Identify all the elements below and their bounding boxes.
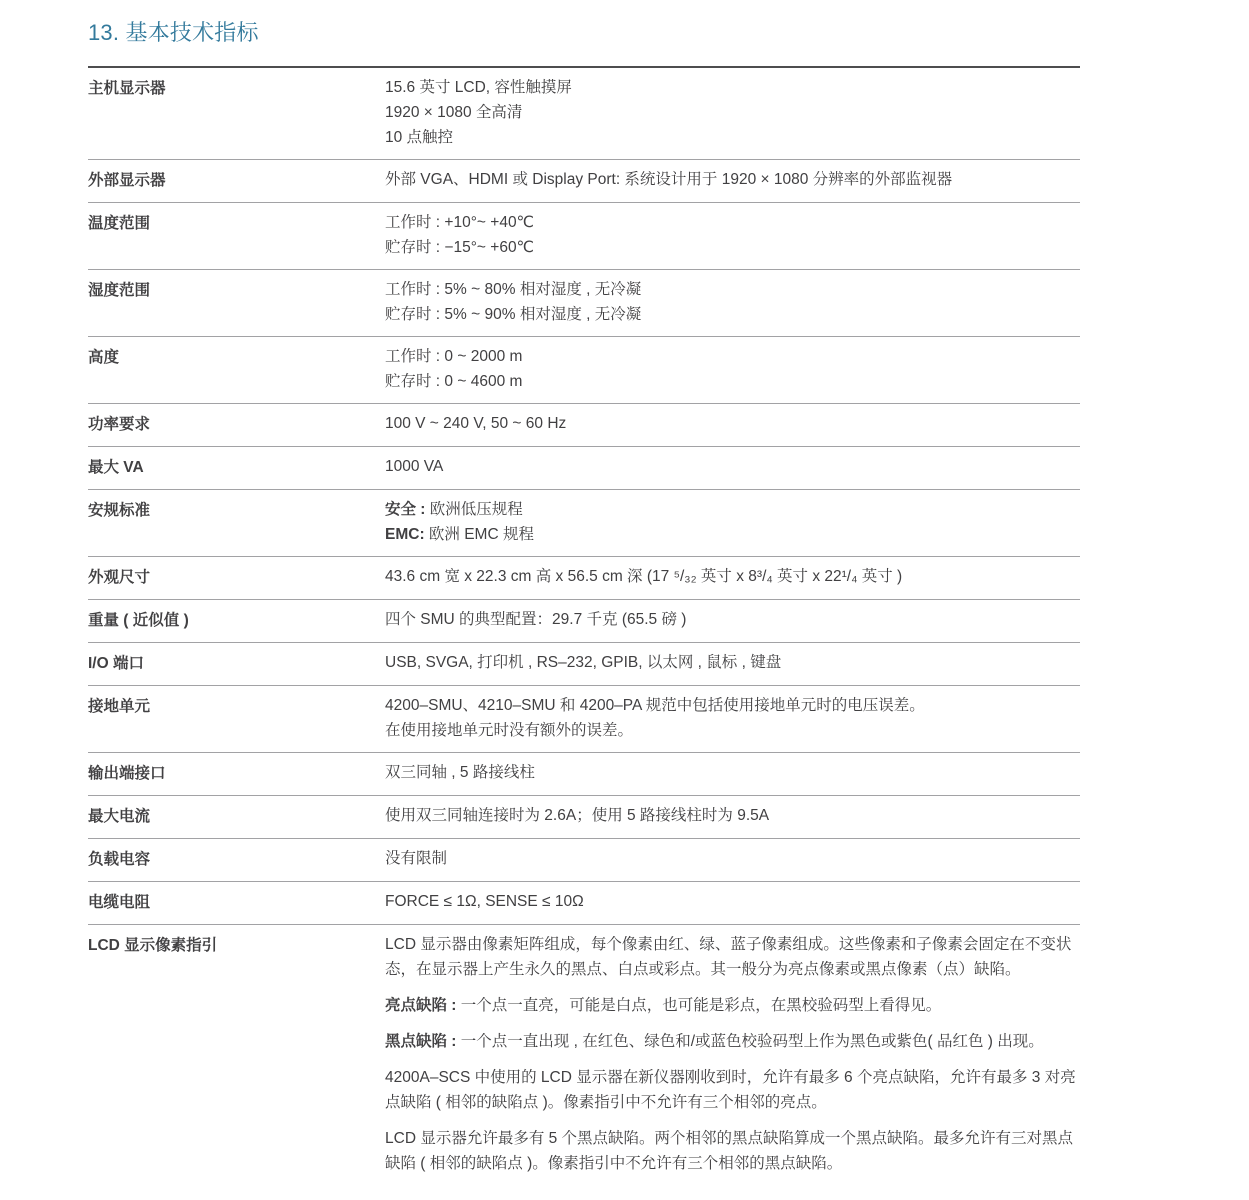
spec-value-text: 4200–SMU、4210–SMU 和 4200–PA 规范中包括使用接地单元时… [385, 697, 925, 714]
spec-value-line: 没有限制 [385, 846, 1080, 871]
spec-row-label: 输出端接口 [88, 760, 385, 786]
spec-row-label: I/O 端口 [88, 650, 385, 676]
spec-value-text: 100 V ~ 240 V, 50 ~ 60 Hz [385, 415, 566, 432]
spec-value-line: 工作时 : 0 ~ 2000 m [385, 344, 1080, 369]
spec-row-value: 使用双三同轴连接时为 2.6A；使用 5 路接线柱时为 9.5A [385, 803, 1080, 829]
spec-value-line: 贮存时 : −15°~ +60℃ [385, 235, 1080, 260]
spec-row-label: 主机显示器 [88, 75, 385, 150]
spec-table: 主机显示器 15.6 英寸 LCD, 容性触摸屏1920 × 1080 全高清1… [88, 66, 1080, 1185]
spec-row-value: LCD 显示器由像素矩阵组成，每个像素由红、绿、蓝子像素组成。这些像素和子像素会… [385, 932, 1080, 1176]
spec-row-value: USB, SVGA, 打印机 , RS–232, GPIB, 以太网 , 鼠标 … [385, 650, 1080, 676]
spec-value-text: 外部 VGA、HDMI 或 Display Port: 系统设计用于 1920 … [385, 171, 952, 188]
spec-value-text: 贮存时 : 5% ~ 90% 相对湿度 , 无冷凝 [385, 306, 641, 323]
spec-value-line: 10 点触控 [385, 125, 1080, 150]
spec-value-text: 4200A–SCS 中使用的 LCD 显示器在新仪器刚收到时，允许有最多 6 个… [385, 1069, 1076, 1111]
spec-value-line: 100 V ~ 240 V, 50 ~ 60 Hz [385, 411, 1080, 436]
spec-row-value: 43.6 cm 宽 x 22.3 cm 高 x 56.5 cm 深 (17 ⁵/… [385, 564, 1080, 590]
spec-value-line: 安全 : 欧洲低压规程 [385, 497, 1080, 522]
spec-row-value: 工作时 : 0 ~ 2000 m贮存时 : 0 ~ 4600 m [385, 344, 1080, 394]
spec-row: 最大电流 使用双三同轴连接时为 2.6A；使用 5 路接线柱时为 9.5A [88, 796, 1080, 839]
spec-value-line: 4200A–SCS 中使用的 LCD 显示器在新仪器刚收到时，允许有最多 6 个… [385, 1065, 1080, 1115]
spec-value-text: 双三同轴 , 5 路接线柱 [385, 764, 535, 781]
spec-row-value: FORCE ≤ 1Ω, SENSE ≤ 10Ω [385, 889, 1080, 915]
spec-value-line: 外部 VGA、HDMI 或 Display Port: 系统设计用于 1920 … [385, 167, 1080, 192]
spec-value-text: 1920 × 1080 全高清 [385, 104, 522, 121]
spec-value-line: 贮存时 : 5% ~ 90% 相对湿度 , 无冷凝 [385, 302, 1080, 327]
spec-row-label: 湿度范围 [88, 277, 385, 327]
spec-row: 电缆电阻 FORCE ≤ 1Ω, SENSE ≤ 10Ω [88, 882, 1080, 925]
spec-value-text: USB, SVGA, 打印机 , RS–232, GPIB, 以太网 , 鼠标 … [385, 654, 781, 671]
spec-row: 功率要求 100 V ~ 240 V, 50 ~ 60 Hz [88, 404, 1080, 447]
spec-value-text: 一个点一直亮，可能是白点，也可能是彩点，在黑校验码型上看得见。 [456, 997, 941, 1014]
spec-row: 温度范围 工作时 : +10°~ +40℃贮存时 : −15°~ +60℃ [88, 203, 1080, 270]
spec-value-line: LCD 显示器由像素矩阵组成，每个像素由红、绿、蓝子像素组成。这些像素和子像素会… [385, 932, 1080, 982]
spec-value-line: 15.6 英寸 LCD, 容性触摸屏 [385, 75, 1080, 100]
spec-row-label: 外观尺寸 [88, 564, 385, 590]
spec-row-value: 安全 : 欧洲低压规程EMC: 欧洲 EMC 规程 [385, 497, 1080, 547]
spec-row-value: 1000 VA [385, 454, 1080, 480]
spec-value-line: 黑点缺陷 : 一个点一直出现 , 在红色、绿色和/或蓝色校验码型上作为黑色或紫色… [385, 1029, 1080, 1054]
spec-value-line: USB, SVGA, 打印机 , RS–232, GPIB, 以太网 , 鼠标 … [385, 650, 1080, 675]
spec-row-value: 4200–SMU、4210–SMU 和 4200–PA 规范中包括使用接地单元时… [385, 693, 1080, 743]
spec-value-line: 4200–SMU、4210–SMU 和 4200–PA 规范中包括使用接地单元时… [385, 693, 1080, 718]
spec-value-text: 一个点一直出现 , 在红色、绿色和/或蓝色校验码型上作为黑色或紫色( 品红色 )… [456, 1033, 1043, 1050]
spec-row: 外观尺寸 43.6 cm 宽 x 22.3 cm 高 x 56.5 cm 深 (… [88, 557, 1080, 600]
spec-row: 安规标准 安全 : 欧洲低压规程EMC: 欧洲 EMC 规程 [88, 490, 1080, 557]
spec-value-line: 双三同轴 , 5 路接线柱 [385, 760, 1080, 785]
spec-value-line: 四个 SMU 的典型配置：29.7 千克 (65.5 磅 ) [385, 607, 1080, 632]
spec-value-text: 工作时 : +10°~ +40℃ [385, 214, 534, 231]
spec-row-value: 工作时 : 5% ~ 80% 相对湿度 , 无冷凝贮存时 : 5% ~ 90% … [385, 277, 1080, 327]
spec-row: 接地单元 4200–SMU、4210–SMU 和 4200–PA 规范中包括使用… [88, 686, 1080, 753]
spec-value-line: 1920 × 1080 全高清 [385, 100, 1080, 125]
spec-value-text: 贮存时 : 0 ~ 4600 m [385, 373, 522, 390]
spec-row-value: 15.6 英寸 LCD, 容性触摸屏1920 × 1080 全高清10 点触控 [385, 75, 1080, 150]
spec-row: 最大 VA 1000 VA [88, 447, 1080, 490]
spec-row-label: 最大 VA [88, 454, 385, 480]
spec-row: LCD 显示像素指引 LCD 显示器由像素矩阵组成，每个像素由红、绿、蓝子像素组… [88, 925, 1080, 1185]
spec-value-text: 在使用接地单元时没有额外的误差。 [385, 722, 633, 739]
spec-row-label: 接地单元 [88, 693, 385, 743]
spec-row-value: 外部 VGA、HDMI 或 Display Port: 系统设计用于 1920 … [385, 167, 1080, 193]
spec-value-text: FORCE ≤ 1Ω, SENSE ≤ 10Ω [385, 893, 584, 910]
spec-row-label: 高度 [88, 344, 385, 394]
spec-row: 输出端接口 双三同轴 , 5 路接线柱 [88, 753, 1080, 796]
spec-value-text: 欧洲低压规程 [425, 501, 522, 518]
spec-value-line: EMC: 欧洲 EMC 规程 [385, 522, 1080, 547]
spec-row-label: 功率要求 [88, 411, 385, 437]
spec-value-line: 工作时 : 5% ~ 80% 相对湿度 , 无冷凝 [385, 277, 1080, 302]
spec-value-lead: 黑点缺陷 : [385, 1033, 456, 1050]
spec-value-text: 10 点触控 [385, 129, 453, 146]
spec-value-text: 15.6 英寸 LCD, 容性触摸屏 [385, 79, 572, 96]
spec-row-label: 电缆电阻 [88, 889, 385, 915]
spec-value-text: 四个 SMU 的典型配置：29.7 千克 (65.5 磅 ) [385, 611, 686, 628]
spec-value-text: 欧洲 EMC 规程 [425, 526, 534, 543]
spec-row: 湿度范围 工作时 : 5% ~ 80% 相对湿度 , 无冷凝贮存时 : 5% ~… [88, 270, 1080, 337]
spec-row: 外部显示器 外部 VGA、HDMI 或 Display Port: 系统设计用于… [88, 160, 1080, 203]
spec-row-label: 重量 ( 近似值 ) [88, 607, 385, 633]
spec-value-line: 使用双三同轴连接时为 2.6A；使用 5 路接线柱时为 9.5A [385, 803, 1080, 828]
spec-value-text: 贮存时 : −15°~ +60℃ [385, 239, 534, 256]
page-content: 13. 基本技术指标 主机显示器 15.6 英寸 LCD, 容性触摸屏1920 … [88, 0, 1080, 1185]
spec-value-line: 亮点缺陷 : 一个点一直亮，可能是白点，也可能是彩点，在黑校验码型上看得见。 [385, 993, 1080, 1018]
spec-row-label: 安规标准 [88, 497, 385, 547]
spec-value-text: 1000 VA [385, 458, 443, 475]
spec-value-text: 43.6 cm 宽 x 22.3 cm 高 x 56.5 cm 深 (17 ⁵/… [385, 568, 902, 585]
spec-row-value: 双三同轴 , 5 路接线柱 [385, 760, 1080, 786]
spec-row: 主机显示器 15.6 英寸 LCD, 容性触摸屏1920 × 1080 全高清1… [88, 68, 1080, 160]
spec-value-text: 工作时 : 0 ~ 2000 m [385, 348, 522, 365]
datasheet-page: 13. 基本技术指标 主机显示器 15.6 英寸 LCD, 容性触摸屏1920 … [0, 0, 1249, 1200]
spec-value-lead: 亮点缺陷 : [385, 997, 456, 1014]
spec-value-line: 工作时 : +10°~ +40℃ [385, 210, 1080, 235]
spec-row-value: 没有限制 [385, 846, 1080, 872]
spec-row-value: 100 V ~ 240 V, 50 ~ 60 Hz [385, 411, 1080, 437]
spec-row-label: 温度范围 [88, 210, 385, 260]
spec-value-line: 1000 VA [385, 454, 1080, 479]
spec-value-text: 没有限制 [385, 850, 447, 867]
spec-row-value: 四个 SMU 的典型配置：29.7 千克 (65.5 磅 ) [385, 607, 1080, 633]
spec-row: 高度 工作时 : 0 ~ 2000 m贮存时 : 0 ~ 4600 m [88, 337, 1080, 404]
spec-value-text: LCD 显示器允许最多有 5 个黑点缺陷。两个相邻的黑点缺陷算成一个黑点缺陷。最… [385, 1130, 1073, 1172]
spec-value-text: LCD 显示器由像素矩阵组成，每个像素由红、绿、蓝子像素组成。这些像素和子像素会… [385, 936, 1071, 978]
spec-row-label: LCD 显示像素指引 [88, 932, 385, 1176]
spec-value-line: LCD 显示器允许最多有 5 个黑点缺陷。两个相邻的黑点缺陷算成一个黑点缺陷。最… [385, 1126, 1080, 1176]
spec-row-label: 最大电流 [88, 803, 385, 829]
spec-value-line: 43.6 cm 宽 x 22.3 cm 高 x 56.5 cm 深 (17 ⁵/… [385, 564, 1080, 589]
spec-value-line: 贮存时 : 0 ~ 4600 m [385, 369, 1080, 394]
spec-value-text: 使用双三同轴连接时为 2.6A；使用 5 路接线柱时为 9.5A [385, 807, 769, 824]
page-title: 13. 基本技术指标 [88, 16, 1080, 47]
spec-value-line: 在使用接地单元时没有额外的误差。 [385, 718, 1080, 743]
spec-value-lead: EMC: [385, 526, 425, 543]
spec-value-lead: 安全 : [385, 501, 425, 518]
spec-row: 负载电容 没有限制 [88, 839, 1080, 882]
spec-row-label: 外部显示器 [88, 167, 385, 193]
spec-row-label: 负载电容 [88, 846, 385, 872]
spec-value-line: FORCE ≤ 1Ω, SENSE ≤ 10Ω [385, 889, 1080, 914]
spec-row: I/O 端口 USB, SVGA, 打印机 , RS–232, GPIB, 以太… [88, 643, 1080, 686]
spec-value-text: 工作时 : 5% ~ 80% 相对湿度 , 无冷凝 [385, 281, 641, 298]
spec-row-value: 工作时 : +10°~ +40℃贮存时 : −15°~ +60℃ [385, 210, 1080, 260]
spec-row: 重量 ( 近似值 ) 四个 SMU 的典型配置：29.7 千克 (65.5 磅 … [88, 600, 1080, 643]
